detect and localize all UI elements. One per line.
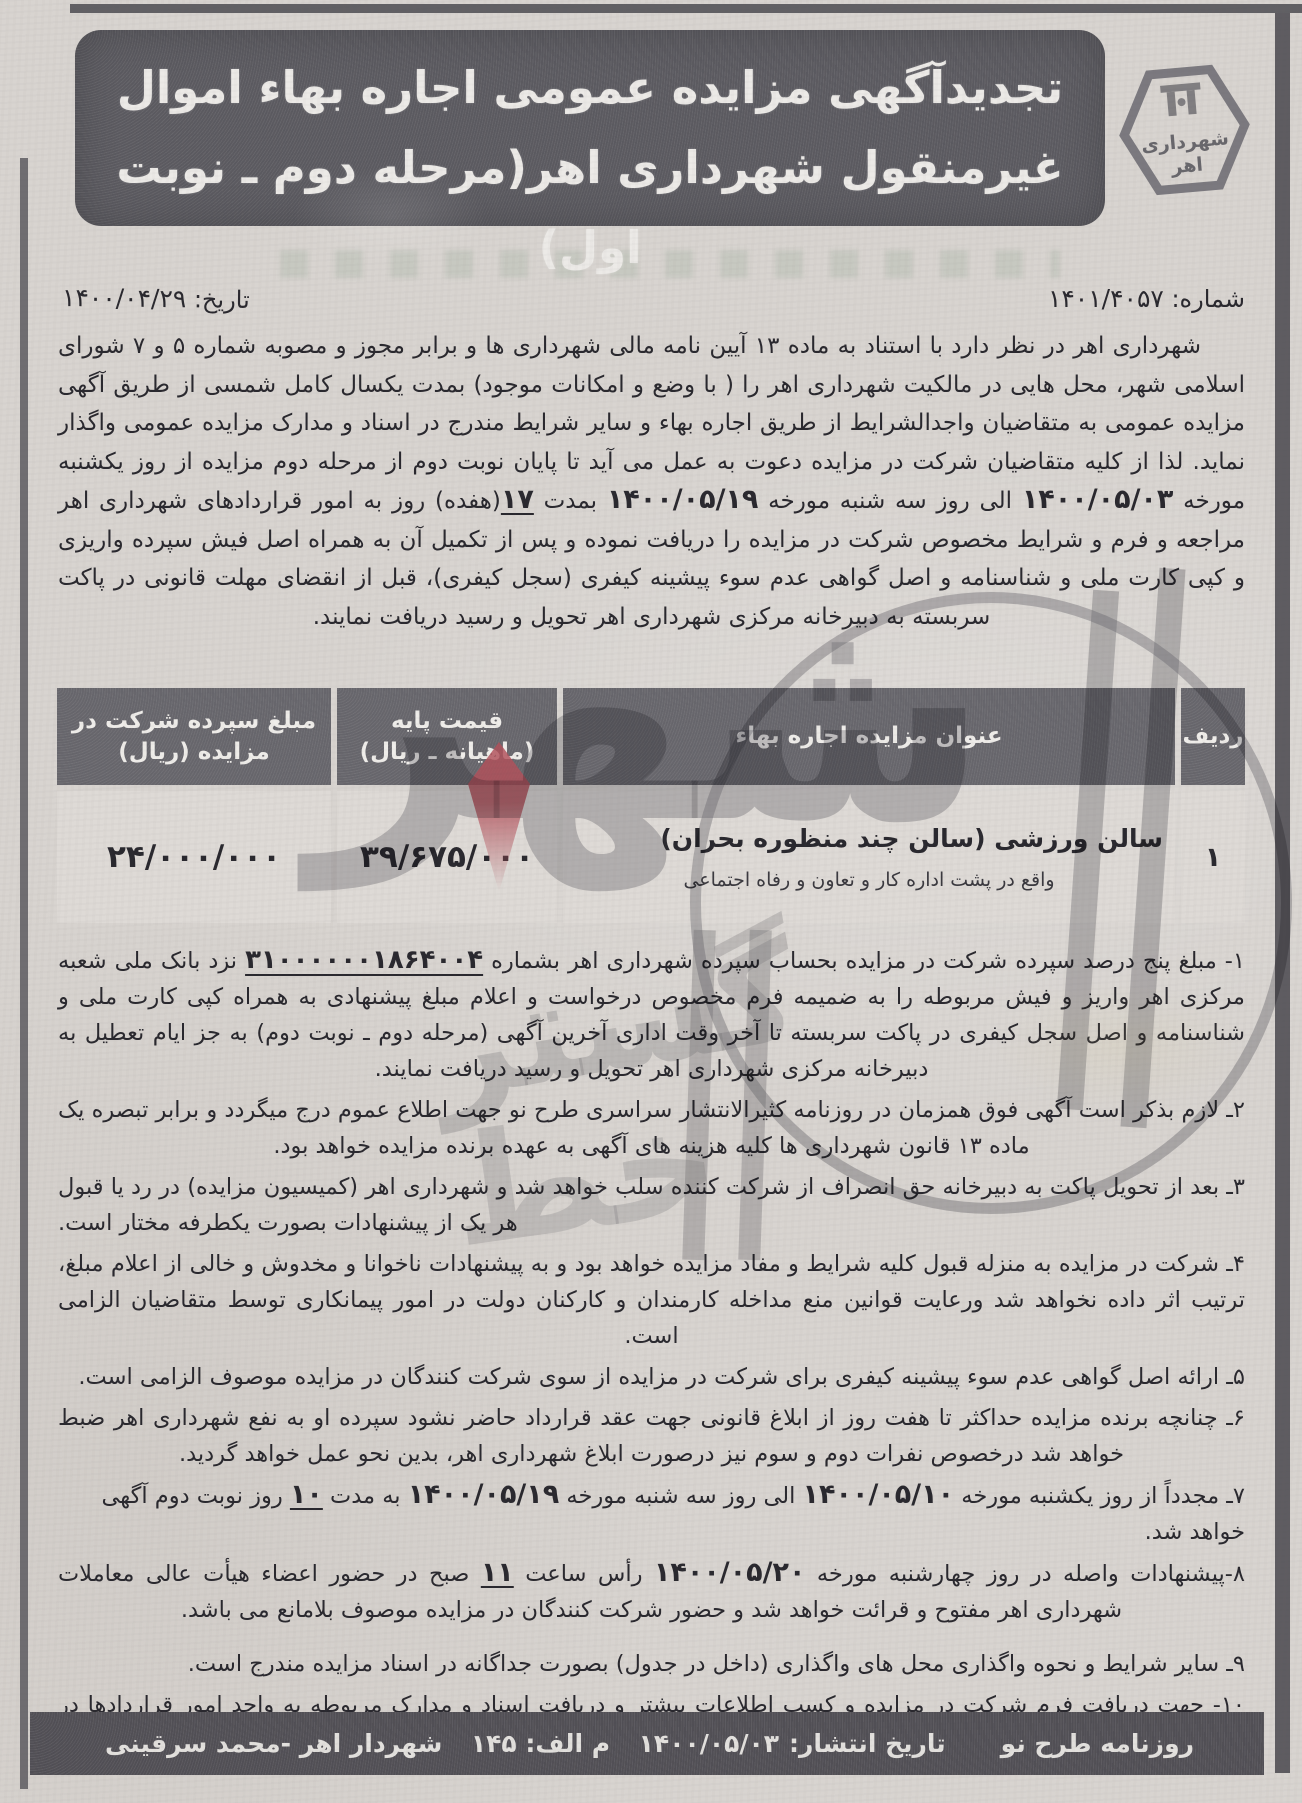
intro-start-date: ۱۴۰۰/۰۵/۰۳ (1022, 484, 1174, 515)
opening-hour: ۱۱ (481, 1557, 514, 1588)
right-column-rule (1275, 13, 1290, 1773)
ad-title-line1: تجدیدآگهی مزایده عمومی اجاره بهاء اموال (75, 48, 1105, 128)
condition-5: ۵ـ ارائه اصل گواهی عدم سوء پیشینه کیفری … (58, 1359, 1245, 1395)
ad-title-line2: غیرمنقول شهرداری اهر(مرحله دوم ـ نوبت او… (75, 128, 1105, 288)
ad-title-banner: تجدیدآگهی مزایده عمومی اجاره بهاء اموال … (75, 30, 1105, 226)
municipality-logo: شهرداری اهر (1112, 50, 1257, 212)
bank-account-number: ۳۱۰۰۰۰۰۰۱۸۶۴۰۰۴ (245, 945, 483, 975)
doc-meta-row: شماره: ۱۴۰۱/۴۰۵۷ تاریخ: ۱۴۰۰/۰۴/۲۹ (62, 284, 1245, 313)
doc-date-value: ۱۴۰۰/۰۴/۲۹ (62, 283, 187, 313)
newspaper-name: روزنامه طرح نو (1001, 1729, 1194, 1758)
condition-4: ۴ـ شرکت در مزایده به منزله قبول کلیه شرا… (58, 1246, 1245, 1354)
newspaper-auction-notice: تجدیدآگهی مزایده عمومی اجاره بهاء اموال … (0, 0, 1302, 1803)
doc-date: تاریخ: ۱۴۰۰/۰۴/۲۹ (62, 283, 250, 314)
condition-8-text: رأس ساعت (514, 1561, 654, 1587)
logo-emblem (1160, 82, 1203, 116)
cell-auction-title: سالن ورزشی (سالن چند منظوره بحران) واقع … (563, 791, 1175, 923)
logo-city-text: اهر (1169, 154, 1203, 179)
intro-paragraph: شهرداری اهر در نظر دارد با استناد به ماد… (58, 327, 1245, 636)
footer-bar: روزنامه طرح نو تاریخ انتشار: ۱۴۰۰/۰۵/۰۳ … (30, 1712, 1264, 1775)
cell-base-price: ۳۹/۶۷۵/۰۰۰ (337, 791, 557, 923)
conditions-list: ۱- مبلغ پنج درصد سپرده شرکت در مزایده بح… (58, 942, 1245, 1765)
publish-date-value: ۱۴۰۰/۰۵/۰۳ (639, 1729, 779, 1758)
venue-title: سالن ورزشی (سالن چند منظوره بحران) (563, 824, 1175, 853)
row-number: ۱ (1205, 842, 1221, 873)
top-column-rule (70, 4, 1302, 13)
condition-9: ۹ـ سایر شرایط و نحوه واگذاری محل های واگ… (58, 1646, 1245, 1682)
header-auction-title: عنوان مزایده اجاره بهاء (563, 688, 1175, 785)
condition-7-text: به مدت (323, 1483, 408, 1509)
venue-location: واقع در پشت اداره کار و تعاون و رفاه اجت… (563, 869, 1175, 891)
condition-2: ۲ـ لازم بذکر است آگهی فوق همزمان در روزن… (58, 1092, 1245, 1164)
logo-org-text: شهرداری (1140, 127, 1229, 157)
deposit-value: ۲۴/۰۰۰/۰۰۰ (107, 839, 281, 875)
intro-text: بمدت (534, 488, 607, 514)
cell-row-number: ۱ (1181, 791, 1245, 923)
base-price-value: ۳۹/۶۷۵/۰۰۰ (360, 839, 534, 875)
license-code: م الف: ۱۴۵ (471, 1729, 610, 1758)
doc-number: شماره: ۱۴۰۱/۴۰۵۷ (1048, 284, 1245, 313)
condition-7-text: ۷ـ مجدداً از روز یکشنبه مورخه (954, 1483, 1245, 1509)
second-round-start-date: ۱۴۰۰/۰۵/۱۰ (803, 1479, 955, 1510)
publish-date-group: تاریخ انتشار: ۱۴۰۰/۰۵/۰۳ (639, 1729, 946, 1758)
condition-7-text: الی روز سه شنبه مورخه (559, 1483, 802, 1509)
condition-1: ۱- مبلغ پنج درصد سپرده شرکت در مزایده بح… (58, 942, 1245, 1087)
intro-text: الی روز سه شنبه مورخه (758, 488, 1021, 514)
left-column-rule (20, 158, 28, 1789)
hexagon-emblem-icon: شهرداری اهر (1112, 50, 1257, 212)
auction-table: ردیف عنوان مزایده اجاره بهاء قیمت پایه (… (57, 688, 1245, 923)
footer-publication-group: روزنامه طرح نو تاریخ انتشار: ۱۴۰۰/۰۵/۰۳ (639, 1729, 1194, 1758)
cell-deposit: ۲۴/۰۰۰/۰۰۰ (57, 791, 331, 923)
table-row: ۱ سالن ورزشی (سالن چند منظوره بحران) واق… (57, 791, 1245, 923)
header-base-price: قیمت پایه (ماهیانه ـ ریال) (337, 688, 557, 785)
doc-number-label: شماره: (1171, 285, 1245, 313)
condition-3: ۳ـ بعد از تحویل پاکت به دبیرخانه حق انصر… (58, 1169, 1245, 1241)
header-deposit: مبلغ سپرده شرکت در مزایده (ریال) (57, 688, 331, 785)
doc-number-value: ۱۴۰۱/۴۰۵۷ (1048, 284, 1164, 313)
condition-8-text: ۸-پیشنهادات واصله در روز چهارشنبه مورخه (805, 1561, 1245, 1587)
condition-7: ۷ـ مجدداً از روز یکشنبه مورخه ۱۴۰۰/۰۵/۱۰… (58, 1477, 1245, 1550)
opening-date: ۱۴۰۰/۰۵/۲۰ (654, 1557, 806, 1588)
mayor-signature: شهردار اهر -محمد سرقینی (105, 1729, 442, 1758)
intro-duration-days: ۱۷ (501, 484, 534, 515)
second-round-days: ۱۰ (290, 1479, 323, 1510)
intro-end-date: ۱۴۰۰/۰۵/۱۹ (607, 484, 759, 515)
doc-date-label: تاریخ: (194, 285, 250, 314)
publish-date-label: تاریخ انتشار: (789, 1729, 946, 1758)
condition-6: ۶ـ چنانچه برنده مزایده حداکثر تا هفت روز… (58, 1400, 1245, 1472)
second-round-end-date: ۱۴۰۰/۰۵/۱۹ (408, 1479, 560, 1510)
header-row-number: ردیف (1181, 688, 1245, 785)
condition-1-text: ۱- مبلغ پنج درصد سپرده شرکت در مزایده بح… (483, 948, 1245, 974)
condition-8: ۸-پیشنهادات واصله در روز چهارشنبه مورخه … (58, 1555, 1245, 1628)
table-header-row: ردیف عنوان مزایده اجاره بهاء قیمت پایه (… (57, 688, 1245, 785)
